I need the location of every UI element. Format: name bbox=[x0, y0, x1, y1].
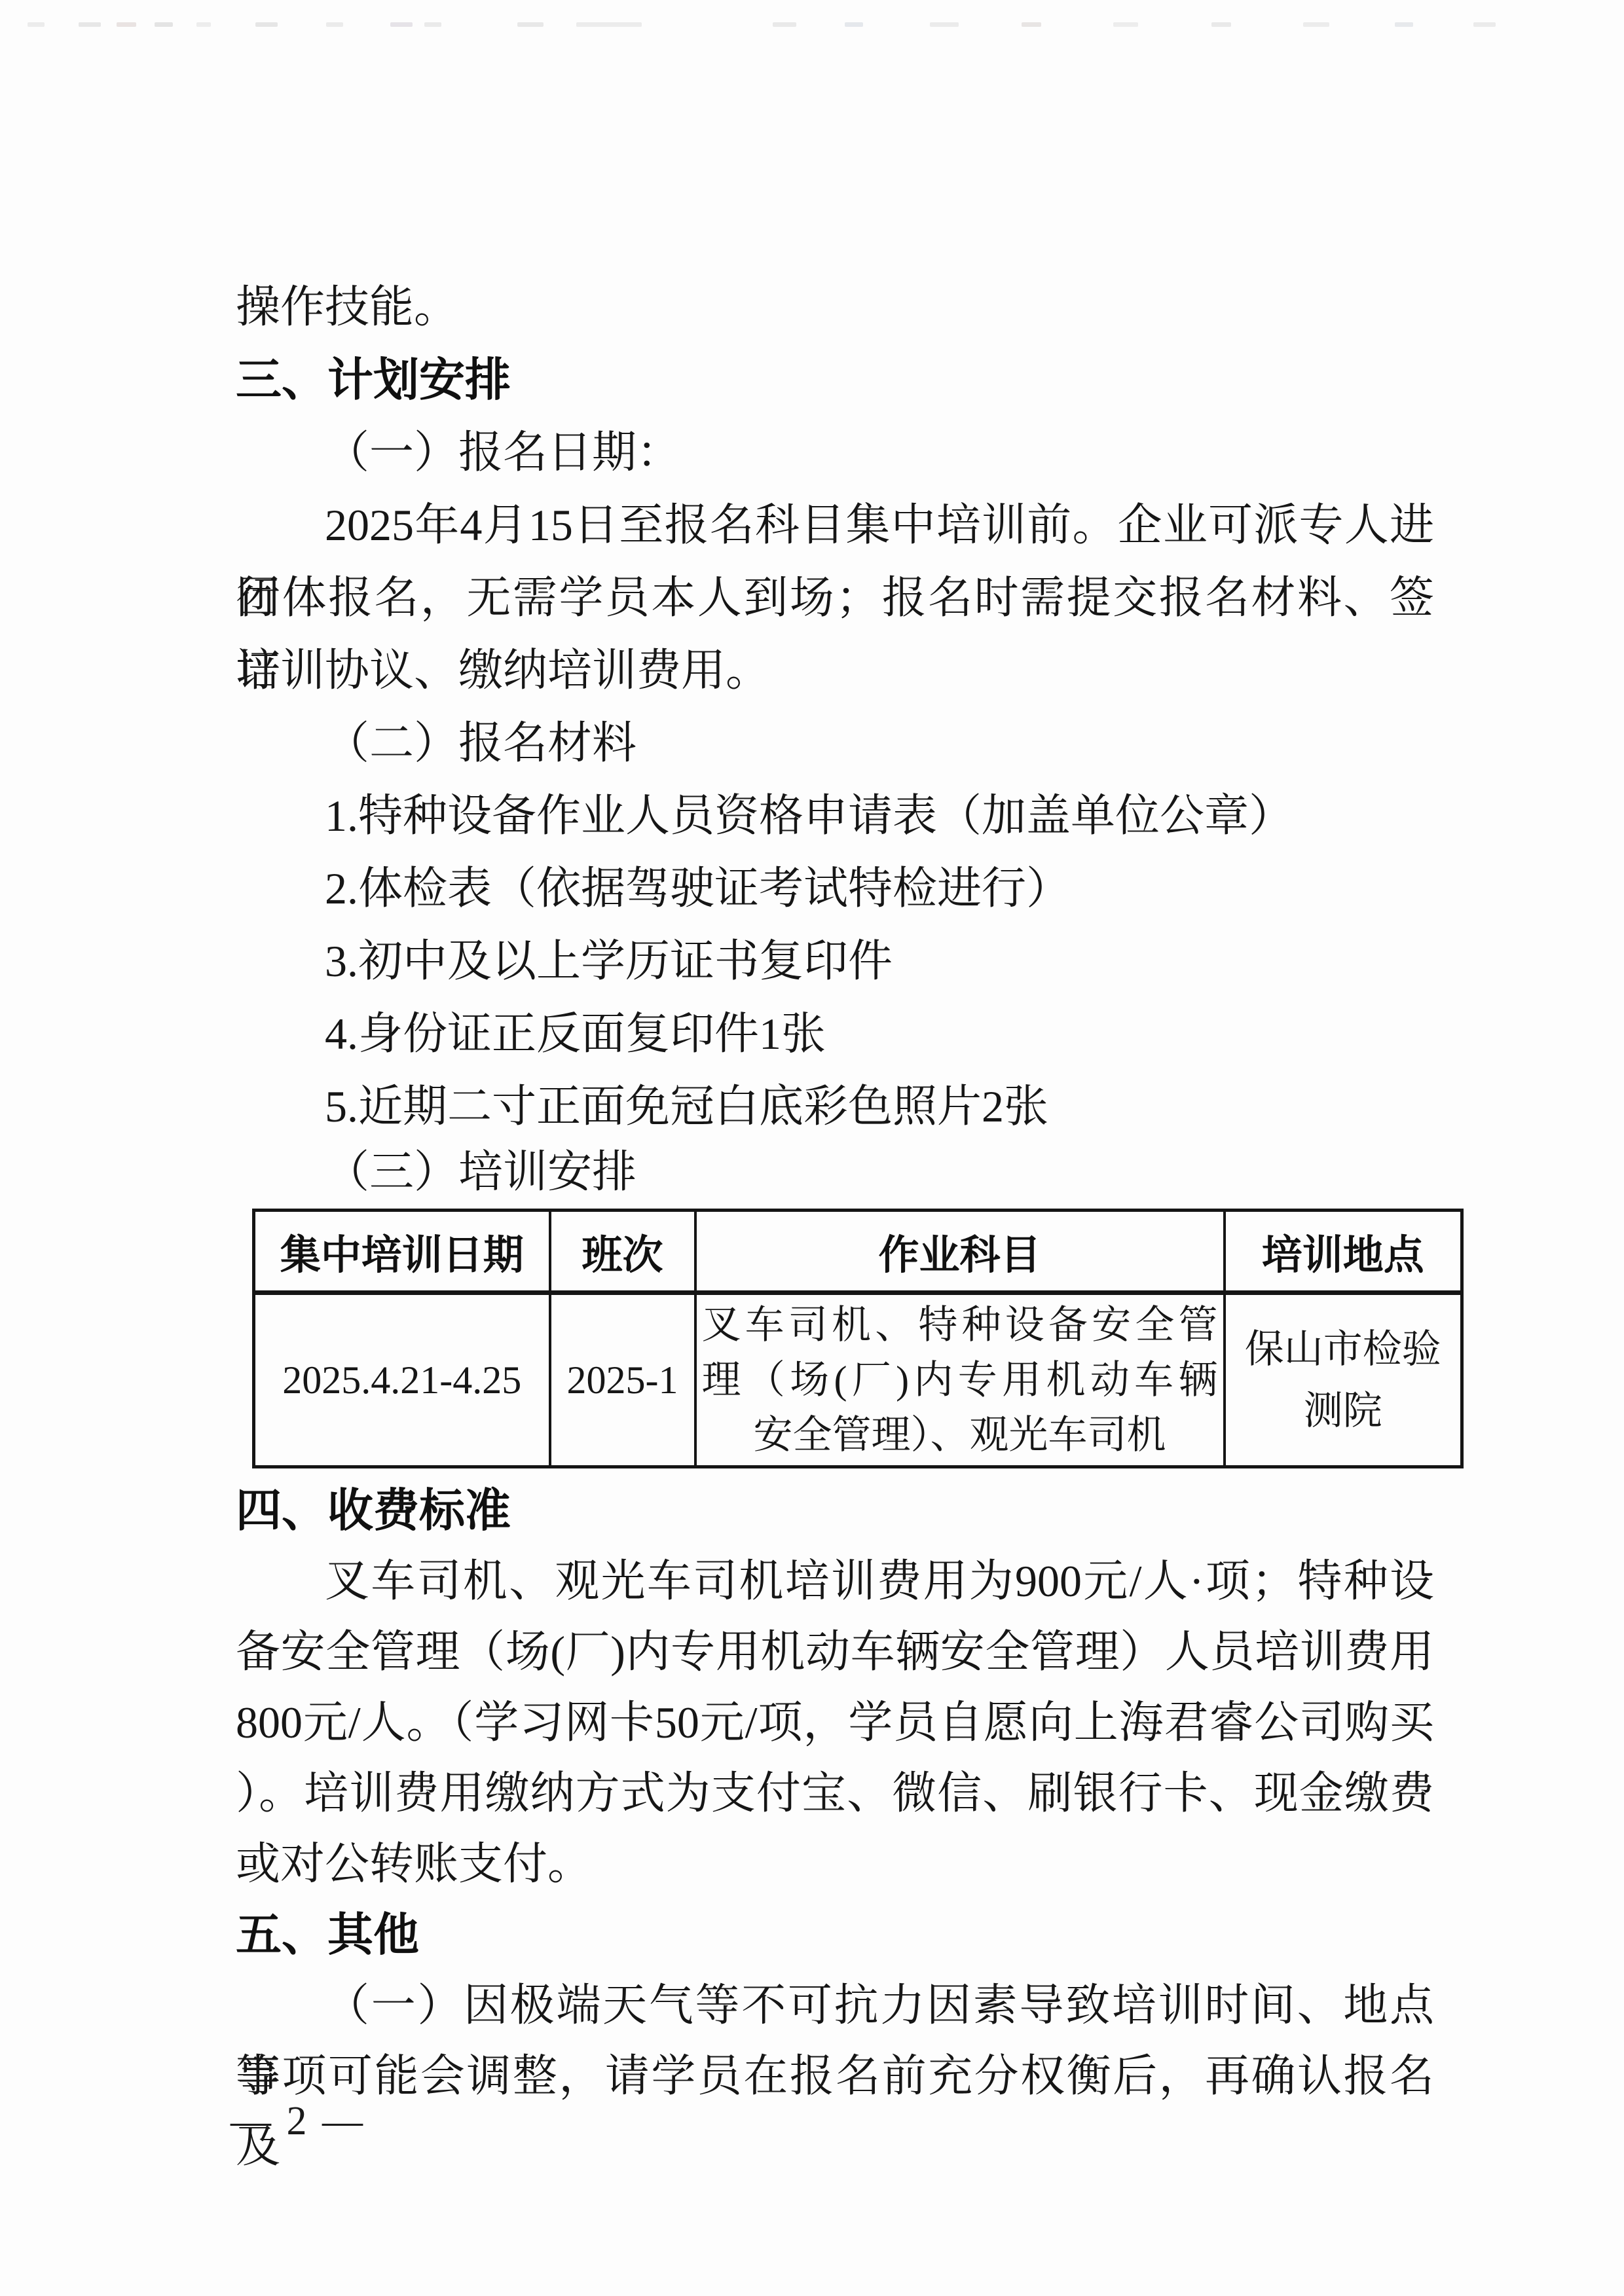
scan-noise-mark bbox=[28, 22, 45, 27]
section4-heading: 四、收费标准 bbox=[236, 1475, 1434, 1546]
document-body: 操作技能。 三、计划安排 （一）报名日期： 2025年4月15日至报名科目集中培… bbox=[236, 271, 1434, 2111]
continuation-line: 操作技能。 bbox=[236, 271, 1434, 344]
body-line: 培训协议、缴纳培训费用。 bbox=[236, 634, 1434, 707]
table-header-row: 集中培训日期 班次 作业科目 培训地点 bbox=[254, 1211, 1462, 1293]
list-item: 4.身份证正反面复印件1张 bbox=[236, 998, 1434, 1070]
body-line: 备安全管理（场(厂)内专用机动车辆安全管理）人员培训费用 bbox=[236, 1616, 1434, 1687]
list-item: 5.近期二寸正面免冠白底彩色照片2张 bbox=[236, 1070, 1434, 1143]
scan-noise-mark bbox=[773, 22, 796, 27]
scan-noise-mark bbox=[845, 22, 863, 27]
cell-location-line: 测院 bbox=[1231, 1380, 1456, 1442]
col-header-training-date: 集中培训日期 bbox=[254, 1211, 550, 1293]
scan-noise-mark bbox=[1113, 22, 1138, 27]
scan-noise-mark bbox=[255, 22, 278, 27]
col-header-class: 班次 bbox=[550, 1211, 695, 1293]
scan-noise-mark bbox=[326, 22, 343, 27]
scan-noise-mark bbox=[424, 22, 441, 27]
col-header-subject: 作业科目 bbox=[695, 1211, 1225, 1293]
cell-training-date: 2025.4.21-4.25 bbox=[254, 1293, 550, 1467]
section5-heading: 五、其他 bbox=[236, 1899, 1434, 1970]
scan-noise-mark bbox=[1303, 22, 1329, 27]
section3-heading: 三、计划安排 bbox=[236, 344, 1434, 416]
scan-noise-mark bbox=[79, 22, 101, 27]
cell-subjects-line: 理（场(厂)内专用机动车辆 bbox=[702, 1353, 1218, 1408]
list-item: 2.体检表（依据驾驶证考试特检进行） bbox=[236, 852, 1434, 925]
scan-noise-mark bbox=[576, 22, 642, 27]
section3-sub2-heading: （二）报名材料 bbox=[236, 707, 1434, 780]
body-line: 事项可能会调整，请学员在报名前充分权衡后，再确认报名及 bbox=[236, 2041, 1434, 2111]
scan-noise-mark bbox=[155, 22, 173, 27]
section3-sub1-heading: （一）报名日期： bbox=[236, 416, 1434, 489]
scan-noise-mark bbox=[517, 22, 544, 27]
scan-noise-mark bbox=[1395, 22, 1413, 27]
body-line: 或对公转账支付。 bbox=[236, 1829, 1434, 1899]
cell-subjects-line: 叉车司机、特种设备安全管 bbox=[702, 1298, 1218, 1353]
cell-location: 保山市检验 测院 bbox=[1225, 1293, 1462, 1467]
body-line: 800元/人。（学习网卡50元/项，学员自愿向上海君睿公司购买 bbox=[236, 1687, 1434, 1758]
body-line: 叉车司机、观光车司机培训费用为900元/人·项；特种设 bbox=[236, 1546, 1434, 1616]
body-line: 2025年4月15日至报名科目集中培训前。企业可派专人进行 bbox=[236, 489, 1434, 562]
training-schedule-table: 集中培训日期 班次 作业科目 培训地点 2025.4.21-4.25 2025-… bbox=[252, 1209, 1464, 1468]
scan-noise-strip bbox=[0, 20, 1624, 29]
list-item: 3.初中及以上学历证书复印件 bbox=[236, 925, 1434, 998]
table-data-row: 2025.4.21-4.25 2025-1 叉车司机、特种设备安全管 理（场(厂… bbox=[254, 1293, 1462, 1467]
section3-sub3-heading: （三）培训安排 bbox=[236, 1143, 1434, 1201]
document-page: 操作技能。 三、计划安排 （一）报名日期： 2025年4月15日至报名科目集中培… bbox=[0, 0, 1624, 2296]
cell-location-line: 保山市检验 bbox=[1231, 1319, 1456, 1380]
scan-noise-mark bbox=[117, 22, 136, 27]
body-line: （一）因极端天气等不可抗力因素导致培训时间、地点等 bbox=[236, 1970, 1434, 2041]
scan-noise-mark bbox=[196, 22, 211, 27]
cell-subjects-line: 安全管理）、观光车司机 bbox=[702, 1408, 1218, 1463]
scan-noise-mark bbox=[1211, 22, 1231, 27]
cell-subjects: 叉车司机、特种设备安全管 理（场(厂)内专用机动车辆 安全管理）、观光车司机 bbox=[695, 1293, 1225, 1467]
scan-noise-mark bbox=[390, 22, 413, 27]
body-line: ）。培训费用缴纳方式为支付宝、微信、刷银行卡、现金缴费 bbox=[236, 1758, 1434, 1829]
page-number: — 2 — bbox=[231, 2088, 365, 2154]
body-line: 团体报名，无需学员本人到场；报名时需提交报名材料、签订 bbox=[236, 562, 1434, 634]
list-item: 1.特种设备作业人员资格申请表（加盖单位公章） bbox=[236, 780, 1434, 852]
col-header-location: 培训地点 bbox=[1225, 1211, 1462, 1293]
scan-noise-mark bbox=[930, 22, 959, 27]
cell-class-number: 2025-1 bbox=[550, 1293, 695, 1467]
scan-noise-mark bbox=[1473, 22, 1496, 27]
scan-noise-mark bbox=[1022, 22, 1041, 27]
